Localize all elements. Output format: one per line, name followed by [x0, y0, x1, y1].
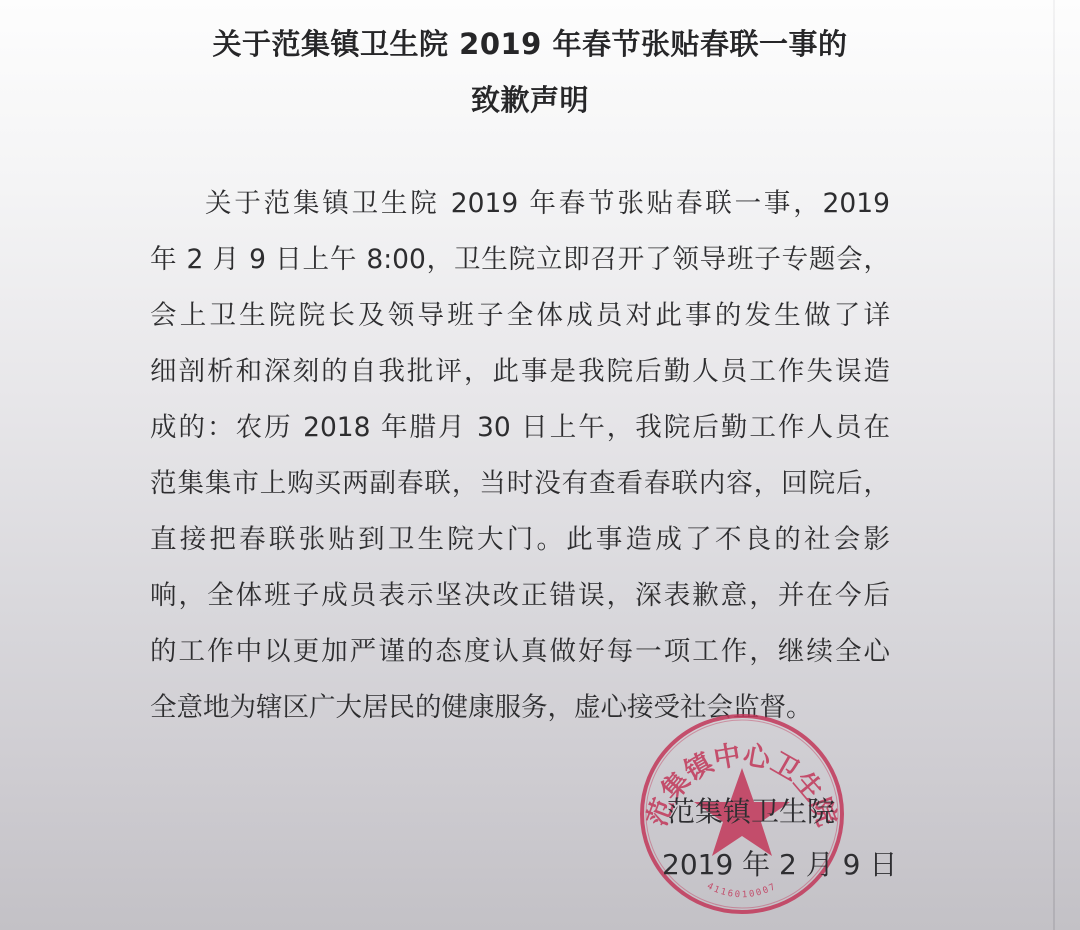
seal-serial: 4116010007 [705, 881, 779, 900]
body-line: 直接把春联张贴到卫生院大门。此事造成了不良的社会影 [150, 522, 890, 558]
signature-organization: 范集镇卫生院 [667, 790, 835, 830]
document-title-line-1: 关于范集镇卫生院 2019 年春节张贴春联一事的 [10, 22, 1050, 63]
svg-text:4116010007: 4116010007 [705, 881, 779, 900]
document-title-line-2: 致歉声明 [10, 78, 1050, 119]
signature-date: 2019 年 2 月 9 日 [662, 843, 897, 883]
body-line: 细剖析和深刻的自我批评，此事是我院后勤人员工作失误造 [150, 354, 890, 390]
paper-edge [1053, 0, 1055, 930]
body-line: 会上卫生院院长及领导班子全体成员对此事的发生做了详 [150, 298, 890, 334]
body-line: 关于范集镇卫生院 2019 年春节张贴春联一事，2019 [205, 186, 890, 222]
body-line: 响，全体班子成员表示坚决改正错误，深表歉意，并在今后 [150, 578, 890, 614]
body-line: 的工作中以更加严谨的态度认真做好每一项工作，继续全心 [150, 634, 890, 670]
body-line: 成的：农历 2018 年腊月 30 日上午，我院后勤工作人员在 [150, 410, 890, 446]
body-line: 年 2 月 9 日上午 8:00，卫生院立即召开了领导班子专题会， [150, 242, 890, 278]
body-line: 范集集市上购买两副春联，当时没有查看春联内容，回院后， [150, 466, 890, 502]
